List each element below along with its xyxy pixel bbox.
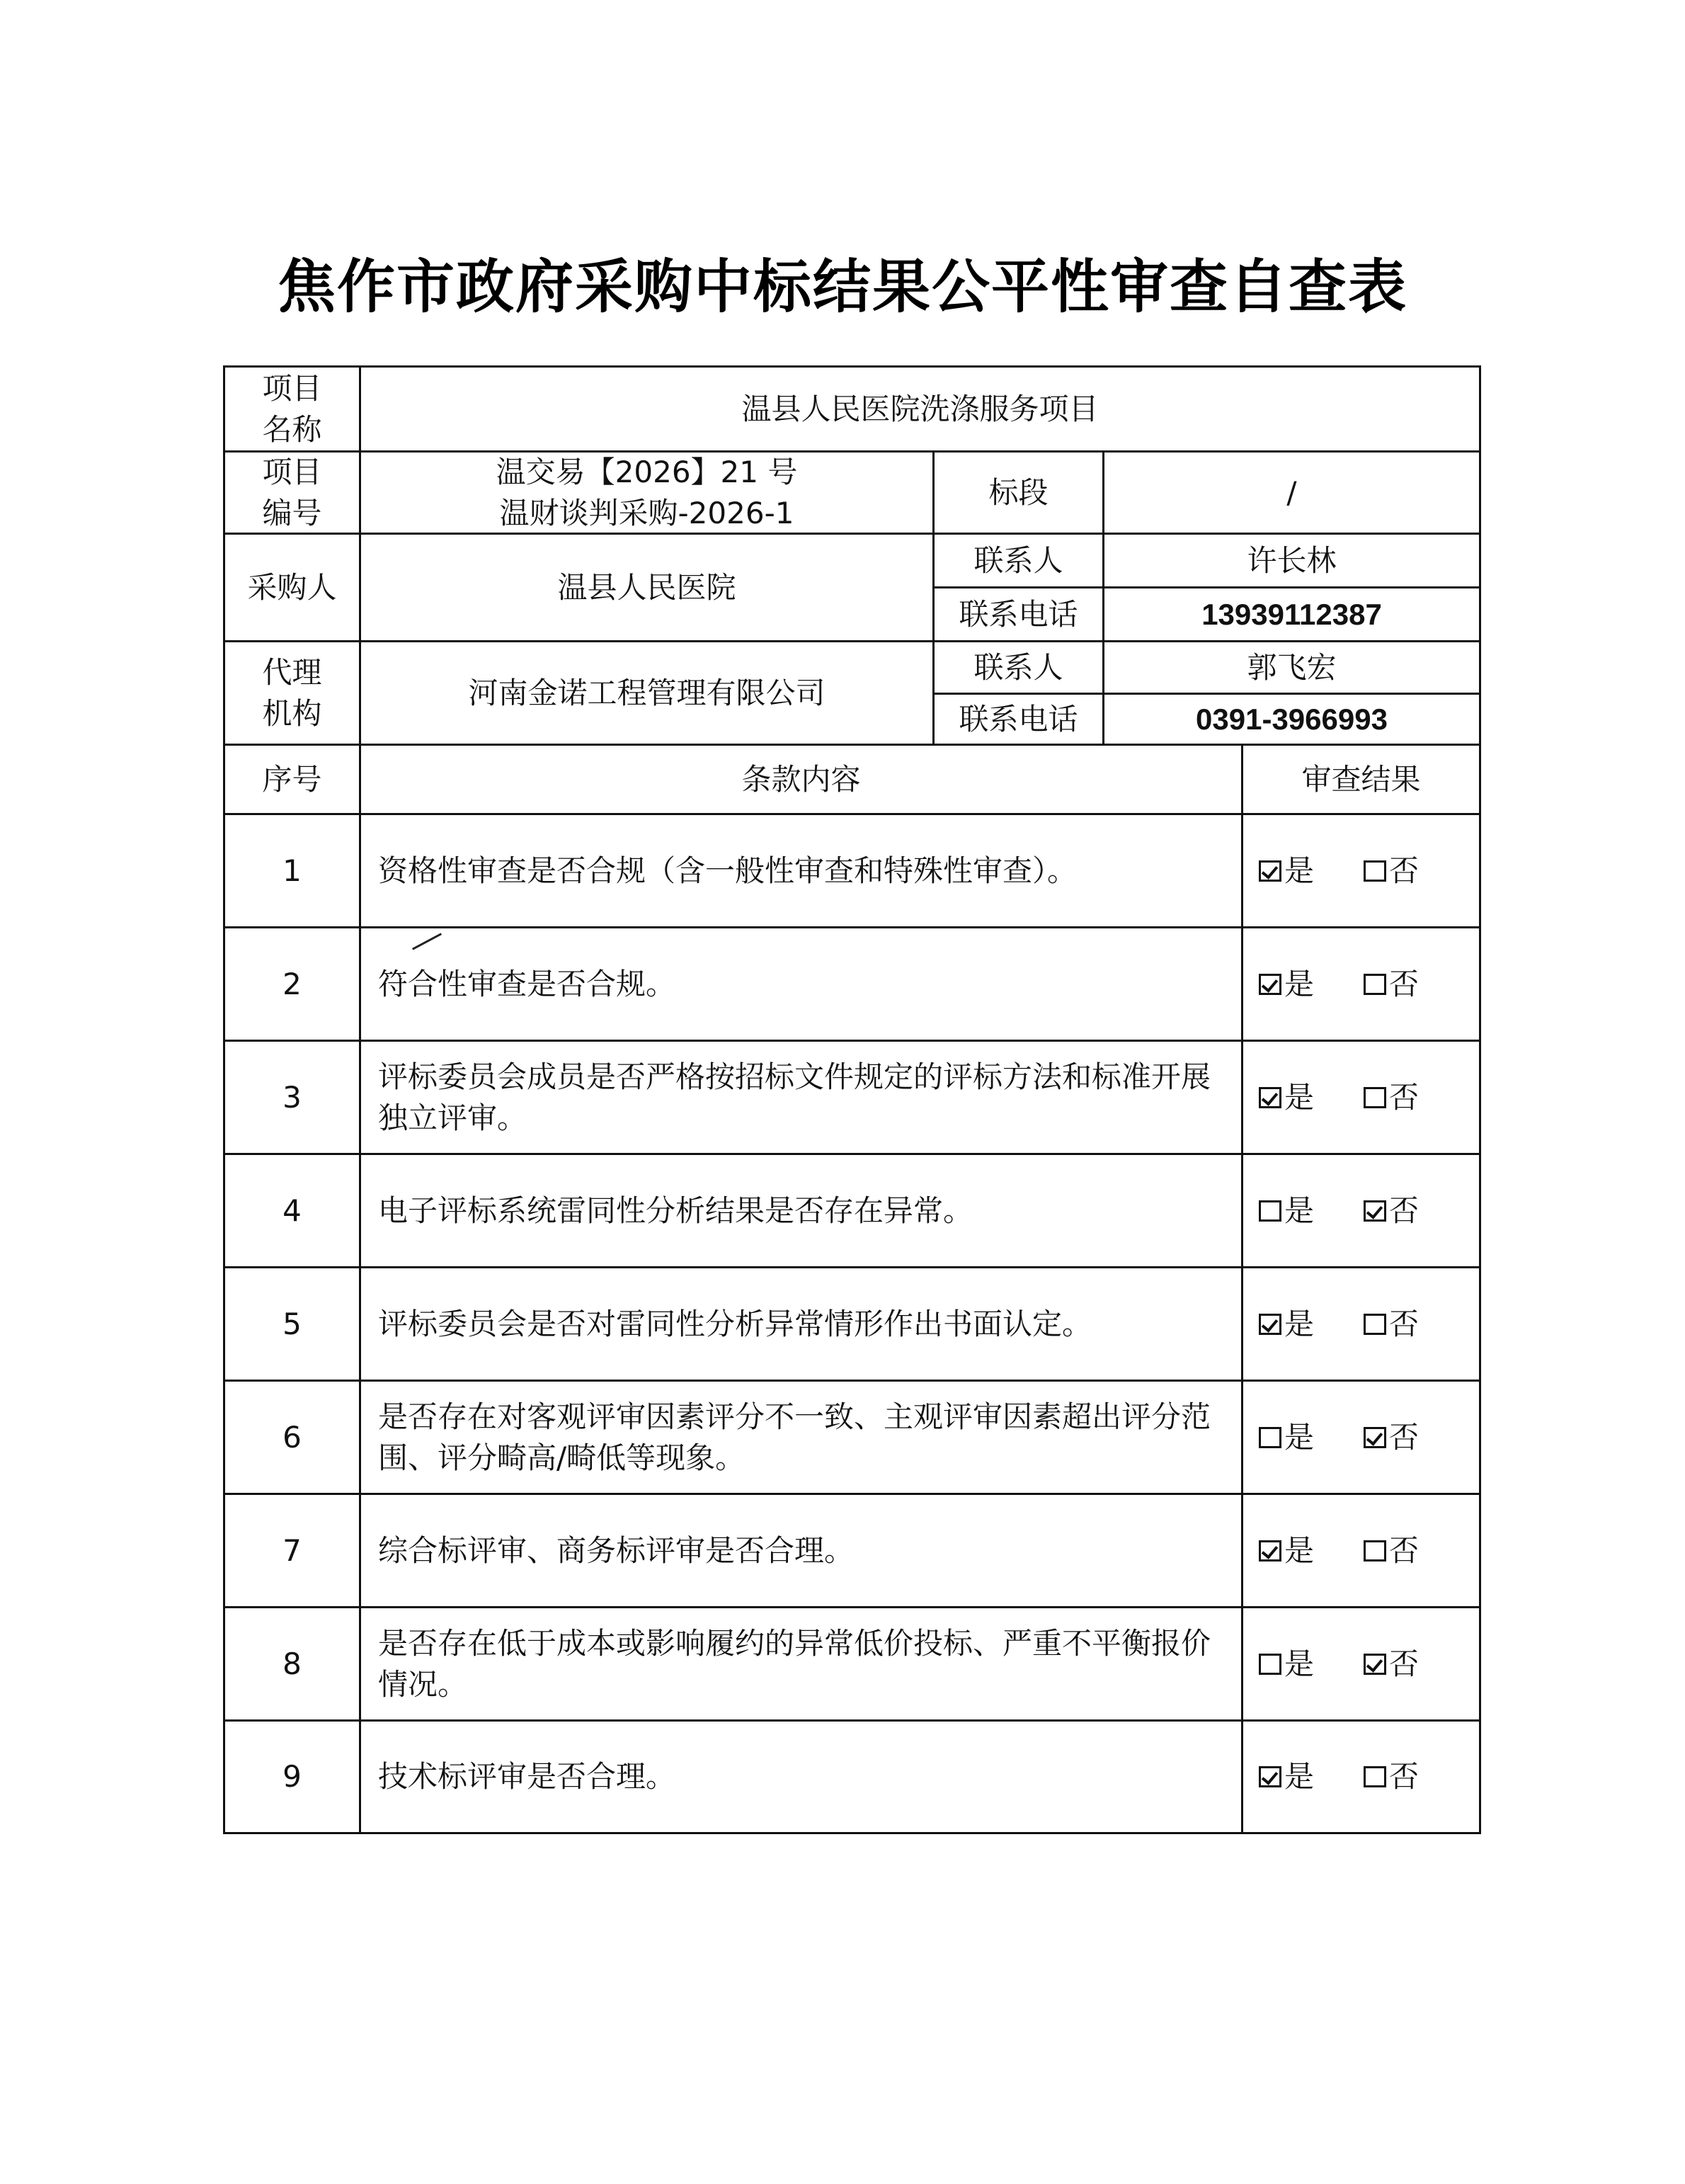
option-no-label: 否 [1389,1077,1419,1118]
option-yes[interactable]: 是 [1259,1530,1314,1571]
label-line: 机构 [262,693,321,734]
table-row-content: 资格性审查是否合规（含一般性审查和特殊性审查）。 [359,813,1243,928]
option-yes-label: 是 [1284,1644,1314,1685]
table-row-seq: 5 [223,1266,361,1382]
option-no-label: 否 [1389,1304,1419,1345]
empty-checkbox-icon[interactable] [1364,974,1386,995]
table-row-result: 是 否 [1241,926,1481,1042]
lot-value: / [1102,450,1481,535]
table-row-content: 电子评标系统雷同性分析结果是否存在异常。 [359,1153,1243,1268]
checked-checkbox-icon[interactable] [1259,974,1281,995]
checked-checkbox-icon[interactable] [1364,1427,1386,1448]
option-yes[interactable]: 是 [1259,1644,1314,1685]
option-yes[interactable]: 是 [1259,964,1314,1005]
buyer-label: 采购人 [223,533,361,642]
header-result: 审查结果 [1241,744,1481,815]
option-no[interactable]: 否 [1364,1417,1419,1458]
option-no-label: 否 [1389,1417,1419,1458]
buyer-name: 温县人民医院 [359,533,935,642]
label-line: 代理 [262,652,321,693]
empty-checkbox-icon[interactable] [1364,1766,1386,1787]
table-row-seq: 9 [223,1719,361,1834]
project-name-label: 项目 名称 [223,365,361,453]
table-row-result: 是 否 [1241,1380,1481,1495]
empty-checkbox-icon[interactable] [1364,860,1386,882]
table-row-result: 是 否 [1241,1606,1481,1722]
option-yes[interactable]: 是 [1259,1190,1314,1232]
option-yes-label: 是 [1284,1077,1314,1118]
option-no[interactable]: 否 [1364,1530,1419,1571]
option-yes[interactable]: 是 [1259,851,1314,892]
option-yes[interactable]: 是 [1259,1417,1314,1458]
table-row-seq: 7 [223,1493,361,1608]
empty-checkbox-icon[interactable] [1364,1540,1386,1562]
option-no-label: 否 [1389,1756,1419,1797]
option-yes[interactable]: 是 [1259,1077,1314,1118]
label-line: 名称 [262,409,321,450]
option-no[interactable]: 否 [1364,851,1419,892]
agency-contact-label: 联系人 [932,640,1104,695]
table-row-result: 是 否 [1241,813,1481,928]
agency-phone: 0391-3966993 [1102,693,1481,746]
option-yes-label: 是 [1284,1417,1314,1458]
option-no-label: 否 [1389,1530,1419,1571]
option-yes-label: 是 [1284,1756,1314,1797]
option-yes-label: 是 [1284,1530,1314,1571]
table-row-result: 是 否 [1241,1266,1481,1382]
table-row-content: 评标委员会是否对雷同性分析异常情形作出书面认定。 [359,1266,1243,1382]
option-no-label: 否 [1389,964,1419,1005]
header-seq: 序号 [223,744,361,815]
checked-checkbox-icon[interactable] [1259,1314,1281,1335]
table-row-seq: 3 [223,1040,361,1155]
project-number-line: 温交易【2026】21 号 [496,452,798,493]
table-row-content: 技术标评审是否合理。 [359,1719,1243,1834]
label-line: 编号 [262,493,321,534]
checked-checkbox-icon[interactable] [1259,1540,1281,1562]
option-yes-label: 是 [1284,1190,1314,1232]
option-no[interactable]: 否 [1364,1190,1419,1232]
agency-phone-label: 联系电话 [932,693,1104,746]
option-yes[interactable]: 是 [1259,1756,1314,1797]
option-no[interactable]: 否 [1364,1077,1419,1118]
option-no[interactable]: 否 [1364,1304,1419,1345]
table-row-content: 是否存在低于成本或影响履约的异常低价投标、严重不平衡报价情况。 [359,1606,1243,1722]
option-no-label: 否 [1389,1644,1419,1685]
buyer-contact: 许长林 [1102,533,1481,588]
table-row-result: 是 否 [1241,1493,1481,1608]
table-row-seq: 1 [223,813,361,928]
option-yes-label: 是 [1284,1304,1314,1345]
agency-label: 代理 机构 [223,640,361,746]
buyer-phone-label: 联系电话 [932,586,1104,642]
table-row-result: 是 否 [1241,1153,1481,1268]
option-yes[interactable]: 是 [1259,1304,1314,1345]
agency-contact: 郭飞宏 [1102,640,1481,695]
table-row-content: 符合性审查是否合规。 [359,926,1243,1042]
table-row-result: 是 否 [1241,1040,1481,1155]
empty-checkbox-icon[interactable] [1364,1087,1386,1108]
table-row-content: 是否存在对客观评审因素评分不一致、主观评审因素超出评分范围、评分畸高/畸低等现象… [359,1380,1243,1495]
table-row-content: 综合标评审、商务标评审是否合理。 [359,1493,1243,1608]
checked-checkbox-icon[interactable] [1364,1200,1386,1222]
table-row-seq: 4 [223,1153,361,1268]
header-content: 条款内容 [359,744,1243,815]
project-number-line: 温财谈判采购-2026-1 [500,493,794,534]
project-number-value: 温交易【2026】21 号 温财谈判采购-2026-1 [359,450,935,535]
table-row-seq: 6 [223,1380,361,1495]
lot-label: 标段 [932,450,1104,535]
checked-checkbox-icon[interactable] [1364,1654,1386,1675]
table-row-result: 是 否 [1241,1719,1481,1834]
empty-checkbox-icon[interactable] [1259,1200,1281,1222]
project-name-value: 温县人民医院洗涤服务项目 [359,365,1481,453]
table-row-seq: 8 [223,1606,361,1722]
table-row-content: 评标委员会成员是否严格按招标文件规定的评标方法和标准开展独立评审。 [359,1040,1243,1155]
label-line: 项目 [262,368,321,409]
page-title: 焦作市政府采购中标结果公平性审查自查表 [0,241,1685,324]
project-number-label: 项目 编号 [223,450,361,535]
label-line: 项目 [262,452,321,493]
empty-checkbox-icon[interactable] [1259,1427,1281,1448]
option-no[interactable]: 否 [1364,1644,1419,1685]
checked-checkbox-icon[interactable] [1259,1087,1281,1108]
option-no[interactable]: 否 [1364,1756,1419,1797]
empty-checkbox-icon[interactable] [1259,1654,1281,1675]
option-no[interactable]: 否 [1364,964,1419,1005]
empty-checkbox-icon[interactable] [1364,1314,1386,1335]
checked-checkbox-icon[interactable] [1259,860,1281,882]
checked-checkbox-icon[interactable] [1259,1766,1281,1787]
buyer-contact-label: 联系人 [932,533,1104,588]
table-row-seq: 2 [223,926,361,1042]
agency-name: 河南金诺工程管理有限公司 [359,640,935,746]
option-yes-label: 是 [1284,851,1314,892]
option-yes-label: 是 [1284,964,1314,1005]
buyer-phone: 13939112387 [1102,586,1481,642]
option-no-label: 否 [1389,1190,1419,1232]
option-no-label: 否 [1389,851,1419,892]
